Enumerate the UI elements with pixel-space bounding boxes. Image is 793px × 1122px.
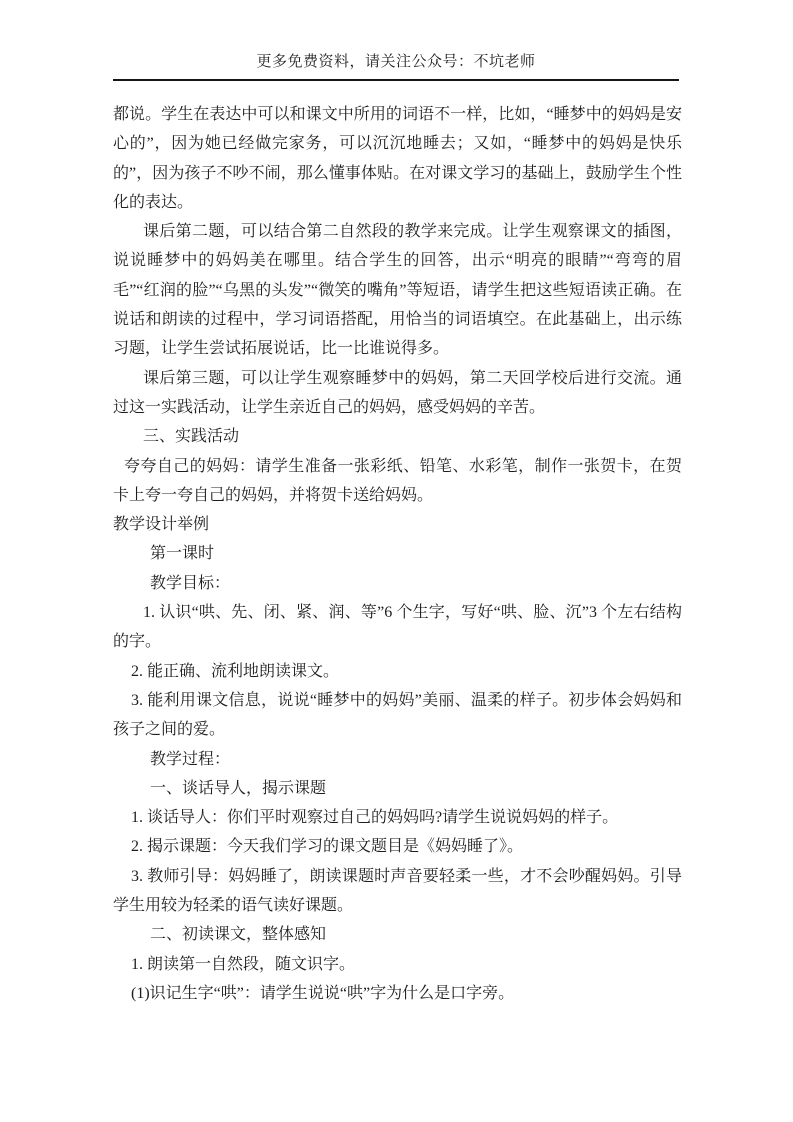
- body-paragraph: 1. 谈话导人：你们平时观察过自己的妈妈吗?请学生说说妈妈的样子。: [113, 803, 682, 832]
- section-heading: 三、实践活动: [113, 422, 682, 451]
- section-heading: 教学目标：: [113, 569, 682, 598]
- body-paragraph: 课后第三题，可以让学生观察睡梦中的妈妈，第二天回学校后进行交流。通过这一实践活动…: [113, 364, 682, 423]
- body-paragraph: 1. 认识“哄、先、闭、紧、润、等”6 个生字，写好“哄、脸、沉”3 个左右结构…: [113, 598, 682, 657]
- section-heading: 二、初读课文，整体感知: [113, 920, 682, 949]
- body-paragraph: 课后第二题，可以结合第二自然段的教学来完成。让学生观察课文的插图，说说睡梦中的妈…: [113, 217, 682, 363]
- body-paragraph: 1. 朗读第一自然段，随文识字。: [113, 950, 682, 979]
- page-header: 更多免费资料，请关注公众号：不坑老师: [113, 50, 679, 81]
- section-heading: 教学过程：: [113, 745, 682, 774]
- body-paragraph: 都说。学生在表达中可以和课文中所用的词语不一样，比如，“睡梦中的妈妈是安心的”，…: [113, 100, 682, 217]
- document-body: 都说。学生在表达中可以和课文中所用的词语不一样，比如，“睡梦中的妈妈是安心的”，…: [113, 100, 682, 1008]
- section-heading: 第一课时: [113, 539, 682, 568]
- example-title: 教学设计举例: [113, 510, 682, 539]
- section-heading: 一、谈话导人，揭示课题: [113, 774, 682, 803]
- body-paragraph: 2. 能正确、流利地朗读课文。: [113, 657, 682, 686]
- document-page: 更多免费资料，请关注公众号：不坑老师 都说。学生在表达中可以和课文中所用的词语不…: [0, 0, 793, 1122]
- body-paragraph: 3. 能利用课文信息，说说“睡梦中的妈妈”美丽、温柔的样子。初步体会妈妈和孩子之…: [113, 686, 682, 745]
- body-paragraph: 夸夸自己的妈妈：请学生准备一张彩纸、铅笔、水彩笔，制作一张贺卡，在贺卡上夸一夸自…: [113, 452, 682, 511]
- body-paragraph: 3. 教师引导：妈妈睡了，朗读课题时声音要轻柔一些，才不会吵醒妈妈。引导学生用较…: [113, 862, 682, 921]
- body-paragraph: (1)识记生字“哄”：请学生说说“哄”字为什么是口字旁。: [113, 979, 682, 1008]
- body-paragraph: 2. 揭示课题：今天我们学习的课文题目是《妈妈睡了》。: [113, 832, 682, 861]
